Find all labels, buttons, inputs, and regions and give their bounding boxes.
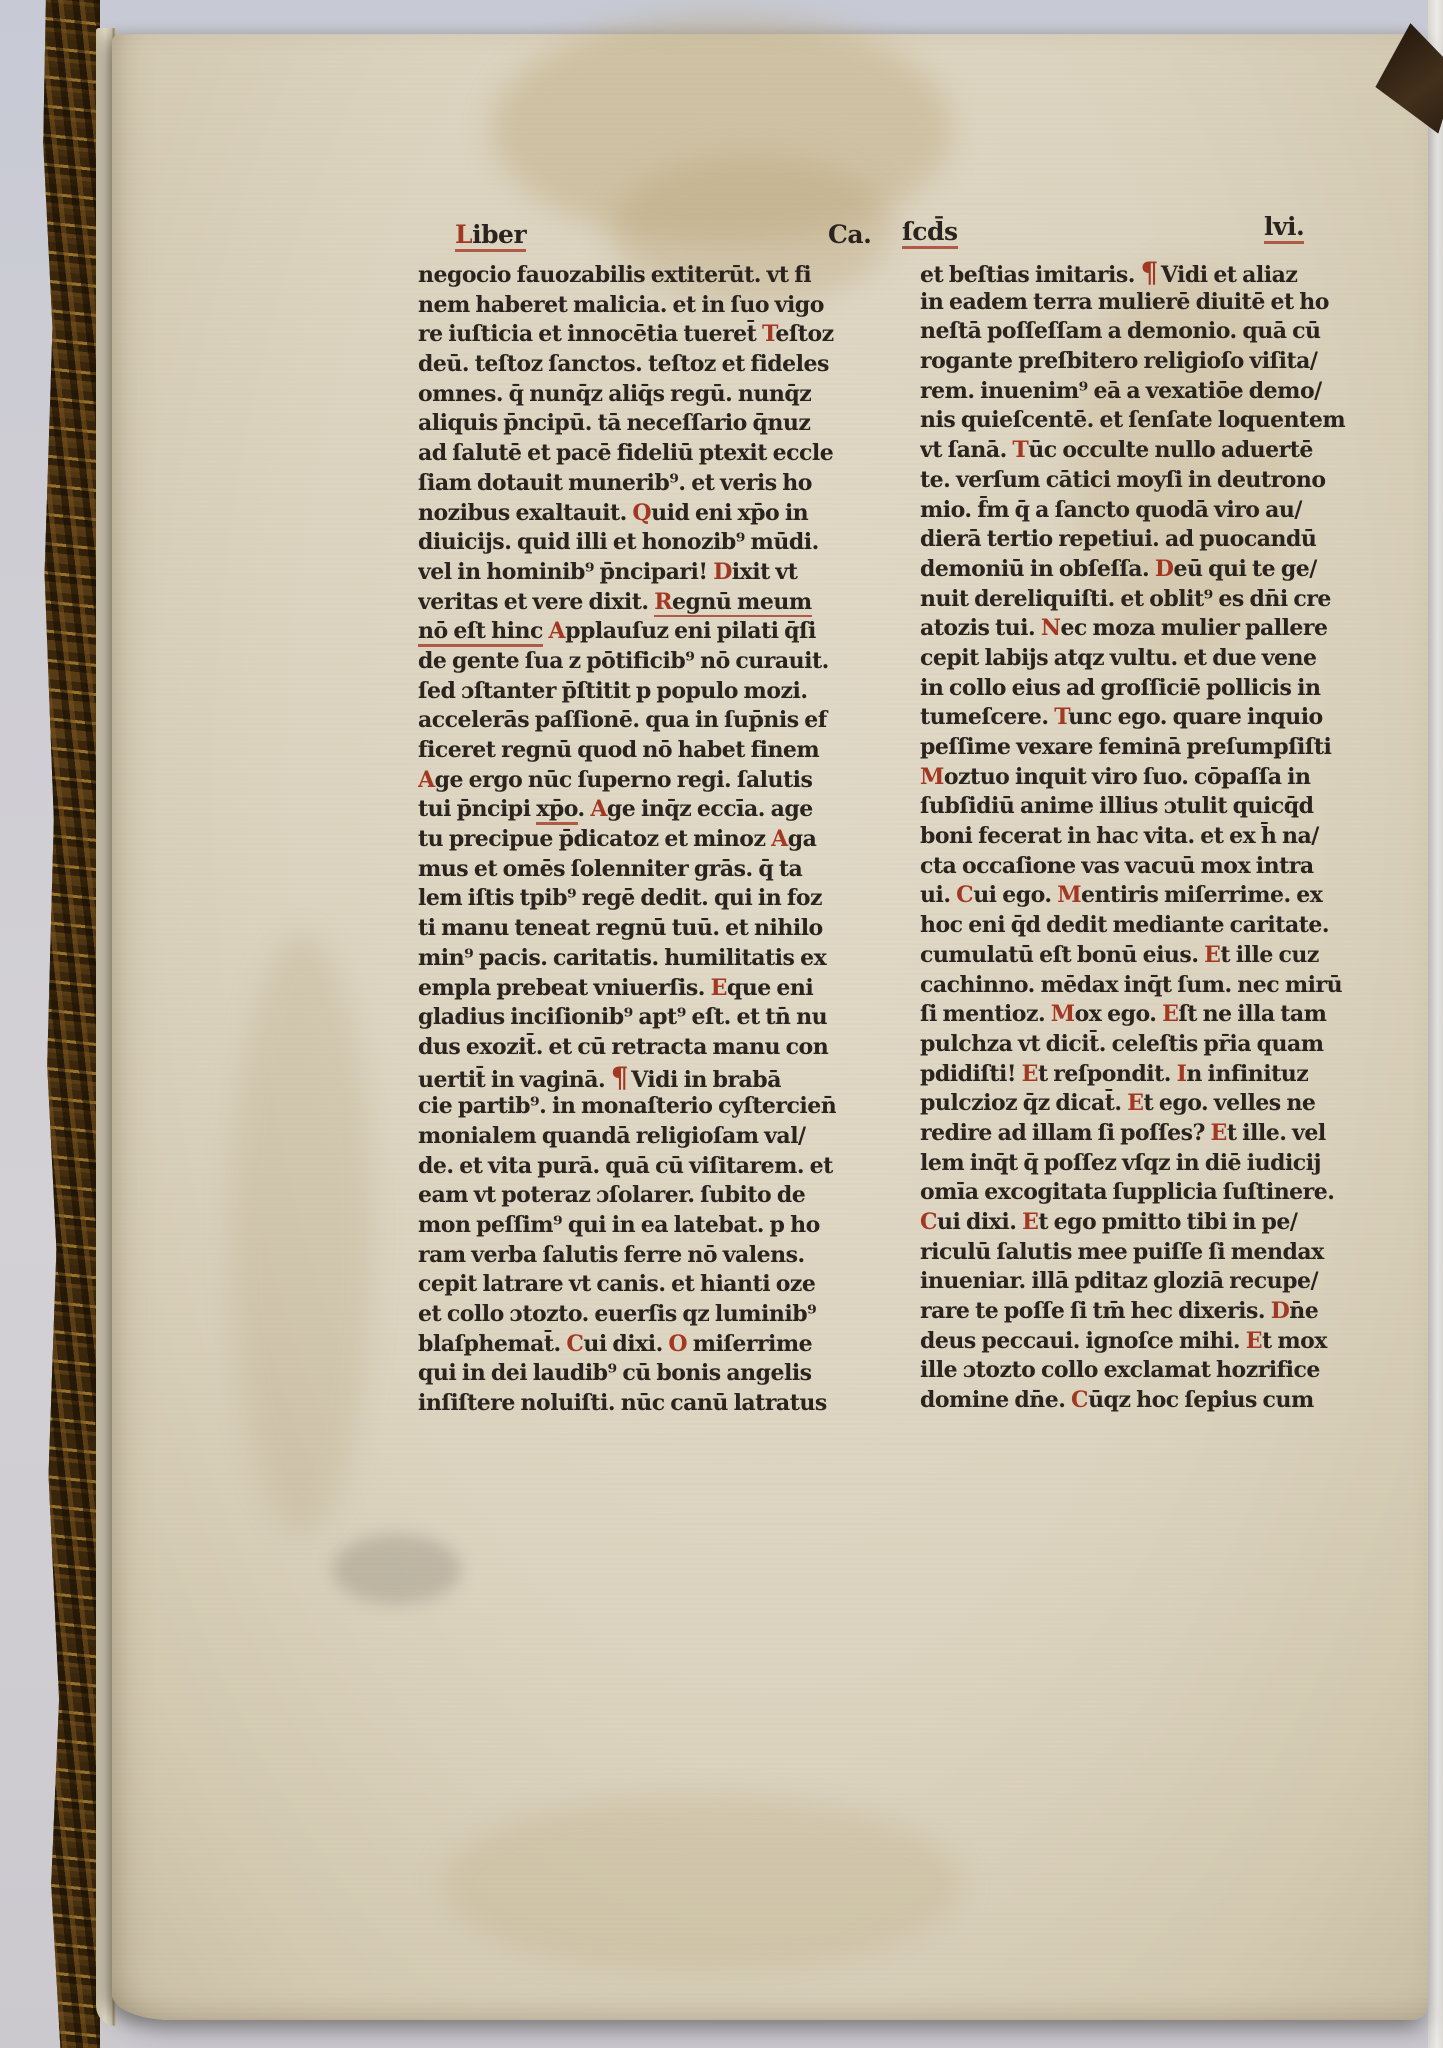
body-text: ficeret regnū quod nō habet finem	[418, 737, 819, 763]
rubricated-text: M	[920, 764, 944, 790]
body-text: lem inq̄t q̄ poſſez vſqz in diē iudicij	[920, 1150, 1321, 1176]
text-line: ſubſidiū anime illius ɔtulit quicq̄d	[920, 792, 1352, 822]
folio-number: lvi.	[1264, 212, 1304, 241]
text-line: tui p̄ncipi xp̄o. Age inq̄z eccīa. age	[418, 795, 836, 825]
body-text: re iuſticia et innocētia tueret̄	[418, 321, 762, 347]
text-line: pulczioz q̄z dicat̄. Et ego. velles ne	[920, 1089, 1352, 1119]
body-text: dierā tertio repetiui. ad puocandū	[920, 526, 1316, 552]
body-text: cta occaſione vas vacuū mox intra	[920, 853, 1314, 879]
text-line: ram verba ſalutis ferre nō valens.	[418, 1241, 836, 1271]
text-line: et beſtias imitaris. ¶Vidi et aliaz	[920, 258, 1352, 288]
body-text: miſerrime	[687, 1331, 812, 1357]
text-line: redire ad illam ſi poſſes? Et ille. vel	[920, 1119, 1352, 1149]
text-line: omnes. q̄ nunq̄z aliq̄s regū. nunq̄z	[418, 380, 836, 410]
body-text: n infinituz	[1186, 1061, 1308, 1087]
body-text: t mox	[1262, 1328, 1327, 1354]
photo-backdrop: Liber Ca. ſcd̄s lvi. negocio fauozabilis…	[0, 0, 1443, 2048]
text-line: inſiſtere noluiſti. nūc canū latratus	[418, 1389, 836, 1419]
body-text: omnes. q̄ nunq̄z aliq̄s regū. nunq̄z	[418, 381, 811, 407]
body-text: oztuo inquit viro ſuo. cōpaſſa in	[944, 764, 1311, 790]
text-line: ui. Cui ego. Mentiris miſerrime. ex	[920, 881, 1352, 911]
text-line: deū. teſtoz ſanctos. teſtoz et fideles	[418, 350, 836, 380]
rubricated-text: E	[1022, 1209, 1038, 1235]
body-text: cachinno. mēdax inq̄t ſum. nec mirū	[920, 972, 1342, 998]
text-column-left: negocio fauozabilis extiterūt. vt finem …	[418, 261, 836, 1426]
text-line: negocio fauozabilis extiterūt. vt fi	[418, 261, 836, 291]
body-text: qui in dei laudib⁹ cū bonis angelis	[418, 1360, 812, 1386]
body-text: mon peſſim⁹ qui in ea latebat. p ho	[418, 1212, 820, 1238]
body-text: tumeſcere.	[920, 704, 1054, 730]
body-text: negocio fauozabilis extiterūt. vt fi	[418, 262, 811, 288]
rubricated-text: T	[1012, 437, 1028, 463]
body-text: unc ego. quare inquio	[1068, 704, 1323, 730]
text-line: min⁹ pacis. caritatis. humilitatis ex	[418, 944, 836, 974]
rubricated-text: E	[1127, 1090, 1143, 1116]
rubricated-text: D	[1271, 1298, 1290, 1324]
body-text: pdidiſti!	[920, 1061, 1022, 1087]
body-text: aliquis p̄ncipū. tā neceſſario q̄nuz	[418, 410, 810, 436]
rubricated-text: O	[668, 1331, 687, 1357]
body-text: ui dixi.	[583, 1331, 668, 1357]
body-text: inueniar. illā pditaz gloziā recupe/	[920, 1268, 1318, 1294]
paper-stain	[232, 934, 372, 1534]
body-text: eam vt poteraz ɔſolarer. ſubito de	[418, 1182, 805, 1208]
text-line: in eadem terra mulierē diuitē et ho	[920, 288, 1352, 318]
book-page: Liber Ca. ſcd̄s lvi. negocio fauozabilis…	[112, 34, 1428, 2020]
text-line: de. et vita purā. quā cū viſitarem. et	[418, 1152, 836, 1182]
body-text: ti manu teneat regnū tuū. et nihilo	[418, 915, 823, 941]
text-line: riculū ſalutis mee puiſſe ſi mendax	[920, 1238, 1352, 1268]
body-text: pulczioz q̄z dicat̄.	[920, 1090, 1127, 1116]
rubricated-text: D	[713, 559, 732, 585]
body-text: ſiam dotauit munerib⁹. et veris ho	[418, 470, 812, 496]
text-line: cumulatū eſt bonū eius. Et ille cuz	[920, 941, 1352, 971]
body-text: riculū ſalutis mee puiſſe ſi mendax	[920, 1239, 1324, 1265]
body-text: deū. teſtoz ſanctos. teſtoz et fideles	[418, 351, 829, 377]
paper-stain	[332, 1534, 462, 1604]
body-text: uertit̄ in vaginā.	[418, 1067, 611, 1093]
rubricated-text: C	[956, 882, 973, 908]
rubricated-text: L	[455, 220, 472, 252]
running-title-secundus: ſcd̄s	[902, 217, 958, 246]
text-line: omīa excogitata ſupplicia ſuſtinere.	[920, 1178, 1352, 1208]
body-text: ſcd̄s	[902, 217, 958, 249]
body-text: ille ɔtozto collo exclamat hozrifice	[920, 1357, 1320, 1383]
marbled-board-edge	[34, 0, 100, 2048]
body-text: ui ego.	[973, 882, 1057, 908]
body-text: in eadem terra mulierē diuitē et ho	[920, 289, 1329, 315]
body-text: monialem quandā religioſam val/	[418, 1123, 806, 1149]
body-text: veritas et vere dixit.	[418, 589, 654, 615]
text-line: dus exozit̄. et cū retracta manu con	[418, 1033, 836, 1063]
body-text: ge inq̄z eccīa. age	[607, 796, 813, 822]
text-line: nem haberet malicia. et in ſuo vigo	[418, 291, 836, 321]
body-text: omīa excogitata ſupplicia ſuſtinere.	[920, 1179, 1334, 1205]
body-text: de. et vita purā. quā cū viſitarem. et	[418, 1153, 833, 1179]
body-text: nuit dereliquiſti. et oblit⁹ es dn̄i cre	[920, 586, 1331, 612]
body-text: ſubſidiū anime illius ɔtulit quicq̄d	[920, 793, 1314, 819]
body-text: ui dixi.	[937, 1209, 1022, 1235]
body-text: min⁹ pacis. caritatis. humilitatis ex	[418, 945, 826, 971]
text-line: blaſphemat̄. Cui dixi. O miſerrime	[418, 1330, 836, 1360]
text-line: domine dn̄e. Cūqz hoc ſepius cum	[920, 1386, 1352, 1416]
rubricated-text: C	[920, 1209, 937, 1235]
body-text: et collo ɔtozto. euerſis qz luminib⁹	[418, 1301, 816, 1327]
body-text: rogante preſbitero religioſo viſita/	[920, 348, 1317, 374]
body-text: dus exozit̄. et cū retracta manu con	[418, 1034, 828, 1060]
body-text: empla prebeat vniuerſis.	[418, 975, 711, 1001]
body-text: ge ergo nūc ſuperno regi. ſalutis	[435, 767, 813, 793]
text-line: lem iſtis tpib⁹ regē dedit. qui in foz	[418, 884, 836, 914]
rubricated-text: Q	[632, 500, 651, 526]
rubricated-text: D	[1155, 556, 1174, 582]
text-line: nozibus exaltauit. Quid eni xp̄o in	[418, 499, 836, 529]
text-line: pdidiſti! Et reſpondit. In infinituz	[920, 1060, 1352, 1090]
body-text: boni fecerat in hac vita. et ex h̄ na/	[920, 823, 1319, 849]
text-line: cepit labijs atqz vultu. et due vene	[920, 644, 1352, 674]
rubricated-text: C	[1071, 1387, 1088, 1413]
rubricated-text: M	[1057, 882, 1081, 908]
body-text: te. verſum cātici moyſi in deutrono	[920, 467, 1326, 493]
body-text: ga	[788, 826, 817, 852]
text-line: rem. inuenim⁹ eā a vexatiōe demo/	[920, 377, 1352, 407]
text-line: veritas et vere dixit. Regnū meum	[418, 588, 836, 618]
body-text: ixit vt	[732, 559, 798, 585]
body-text: inſiſtere noluiſti. nūc canū latratus	[418, 1390, 827, 1416]
rubricated-text: A	[418, 767, 435, 793]
body-text: demoniū in obſeſſa.	[920, 556, 1155, 582]
text-line: ille ɔtozto collo exclamat hozrifice	[920, 1356, 1352, 1386]
text-line: ficeret regnū quod nō habet finem	[418, 736, 836, 766]
text-line: peſſime vexare feminā preſumpſiſti	[920, 733, 1352, 763]
body-text: xp̄o	[536, 796, 577, 825]
rubricated-text: E	[711, 975, 727, 1001]
body-text: nozibus exaltauit.	[418, 500, 632, 526]
rubricated-text: E	[1211, 1120, 1227, 1146]
text-line: mio. f̄m q̄ a ſancto quodā viro au/	[920, 496, 1352, 526]
body-text: rare te poſſe ſi tm̄ hec dixeris.	[920, 1298, 1271, 1324]
body-text: pulchza vt dicit̄. celeſtis pr̄ia quam	[920, 1031, 1324, 1057]
body-text: ad ſalutē et pacē fideliū ptexit eccle	[418, 440, 833, 466]
body-text: ſed ɔſtanter p̄ſtitit p populo mozi.	[418, 678, 808, 704]
text-line: lem inq̄t q̄ poſſez vſqz in diē iudicij	[920, 1149, 1352, 1179]
text-line: cachinno. mēdax inq̄t ſum. nec mirū	[920, 971, 1352, 1001]
body-text: nō eſt hinc	[418, 618, 543, 647]
text-line: cepit latrare vt canis. et hianti oze	[418, 1270, 836, 1300]
text-line: hoc eni q̄d dedit mediante caritate.	[920, 911, 1352, 941]
text-line: Age ergo nūc ſuperno regi. ſalutis	[418, 766, 836, 796]
text-line: tumeſcere. Tunc ego. quare inquio	[920, 703, 1352, 733]
body-text: Vidi in brabā	[631, 1067, 781, 1093]
body-text: de gente ſua z pōtificib⁹ nō curauit.	[418, 648, 829, 674]
body-text: mus et omēs ſolenniter grās. q̄ ta	[418, 856, 802, 882]
text-line: accelerās paſſionē. qua in ſup̄nis ef	[418, 706, 836, 736]
body-text: mio. f̄m q̄ a ſancto quodā viro au/	[920, 497, 1302, 523]
rubricated-text: I	[1177, 1061, 1187, 1087]
body-text: vel in hominib⁹ p̄ncipari!	[418, 559, 713, 585]
text-line: nō eſt hinc Applauſuz eni pilati q̄ſi	[418, 617, 836, 647]
body-text: redire ad illam ſi poſſes?	[920, 1120, 1211, 1146]
body-text: neſtā poſſeſſam a demonio. quā cū	[920, 318, 1321, 344]
body-text: lvi.	[1264, 212, 1304, 244]
body-text: t ille cuz	[1220, 942, 1318, 968]
body-text: nis quieſcentē. et ſenſate loquentem	[920, 407, 1345, 433]
body-text: t reſpondit.	[1038, 1061, 1177, 1087]
text-line: nis quieſcentē. et ſenſate loquentem	[920, 406, 1352, 436]
text-line: empla prebeat vniuerſis. Eque eni	[418, 974, 836, 1004]
body-text: ox ego.	[1075, 1001, 1162, 1027]
body-text: ram verba ſalutis ferre nō valens.	[418, 1242, 805, 1268]
text-line: ſi mentioz. Mox ego. Eſt ne illa tam	[920, 1000, 1352, 1030]
text-line: ti manu teneat regnū tuū. et nihilo	[418, 914, 836, 944]
rubricated-text: T	[762, 321, 775, 347]
text-line: cta occaſione vas vacuū mox intra	[920, 852, 1352, 882]
paper-stain	[442, 1794, 962, 1974]
text-column-right: et beſtias imitaris. ¶Vidi et aliazin ea…	[920, 258, 1352, 1423]
text-line: nuit dereliquiſti. et oblit⁹ es dn̄i cre	[920, 585, 1352, 615]
body-text: ec moza mulier pallere	[1060, 615, 1327, 641]
paragraph-mark: ¶	[1141, 258, 1161, 288]
text-line: mon peſſim⁹ qui in ea latebat. p ho	[418, 1211, 836, 1241]
rubricated-text: E	[1246, 1328, 1262, 1354]
body-text: uid eni xp̄o in	[651, 500, 808, 526]
body-text: Vidi et aliaz	[1161, 262, 1297, 288]
text-line: monialem quandā religioſam val/	[418, 1122, 836, 1152]
body-text: cie partib⁹. in monaſterio cyſtercien̄.	[418, 1093, 836, 1119]
text-line: Cui dixi. Et ego pmitto tibi in pe/	[920, 1208, 1352, 1238]
text-line: diuicijs. quid illi et honozib⁹ mūdi.	[418, 528, 836, 558]
text-line: eam vt poteraz ɔſolarer. ſubito de	[418, 1181, 836, 1211]
text-line: atozis tui. Nec moza mulier pallere	[920, 614, 1352, 644]
body-text: Ca.	[828, 220, 871, 249]
text-line: rare te poſſe ſi tm̄ hec dixeris. Dn̄e	[920, 1297, 1352, 1327]
body-text: cumulatū eſt bonū eius.	[920, 942, 1204, 968]
body-text: t ego pmitto tibi in pe/	[1038, 1209, 1297, 1235]
text-line: gladius inciſionib⁹ apt⁹ eſt. et tn̄ nu	[418, 1003, 836, 1033]
body-text: n̄e	[1289, 1298, 1318, 1324]
body-text: in collo eius ad groſſiciē pollicis in	[920, 675, 1320, 701]
body-text: accelerās paſſionē. qua in ſup̄nis ef	[418, 707, 827, 733]
body-text: diuicijs. quid illi et honozib⁹ mūdi.	[418, 529, 819, 555]
text-line: vel in hominib⁹ p̄ncipari! Dixit vt	[418, 558, 836, 588]
body-text: eſtoz	[775, 321, 833, 347]
text-line: dierā tertio repetiui. ad puocandū	[920, 525, 1352, 555]
rubricated-text: E	[1022, 1061, 1038, 1087]
body-text: hoc eni q̄d dedit mediante caritate.	[920, 912, 1329, 938]
text-line: mus et omēs ſolenniter grās. q̄ ta	[418, 855, 836, 885]
body-text: t ille. vel	[1227, 1120, 1326, 1146]
body-text: que eni	[727, 975, 813, 1001]
rubricated-text: E	[1162, 1001, 1178, 1027]
rubricated-text: N	[1041, 615, 1061, 641]
rubricated-text: T	[1054, 704, 1068, 730]
body-text: et beſtias imitaris.	[920, 262, 1141, 288]
body-text: gladius inciſionib⁹ apt⁹ eſt. et tn̄ nu	[418, 1004, 827, 1030]
text-line: boni fecerat in hac vita. et ex h̄ na/	[920, 822, 1352, 852]
body-text: vt ſanā.	[920, 437, 1012, 463]
body-text: ūqz hoc ſepius cum	[1088, 1387, 1314, 1413]
text-line: ad ſalutē et pacē fideliū ptexit eccle	[418, 439, 836, 469]
body-text: domine dn̄e.	[920, 1387, 1071, 1413]
rubricated-text: M	[1051, 1001, 1075, 1027]
text-line: uertit̄ in vaginā. ¶Vidi in brabā	[418, 1063, 836, 1093]
rubricated-text: A	[771, 826, 788, 852]
body-text: blaſphemat̄.	[418, 1331, 566, 1357]
rubricated-text: E	[1204, 942, 1220, 968]
text-line: de gente ſua z pōtificib⁹ nō curauit.	[418, 647, 836, 677]
rubricated-text: A	[590, 796, 607, 822]
rubricated-text: C	[566, 1331, 583, 1357]
body-text: tu precipue p̄dicatoz et minoz	[418, 826, 771, 852]
text-line: re iuſticia et innocētia tueret̄ Teſtoz	[418, 320, 836, 350]
body-text: pplauſuz eni pilati q̄ſi	[565, 618, 816, 644]
text-line: neſtā poſſeſſam a demonio. quā cū	[920, 317, 1352, 347]
text-line: demoniū in obſeſſa. Deū qui te ge/	[920, 555, 1352, 585]
text-line: vt ſanā. Tūc occulte nullo aduertē	[920, 436, 1352, 466]
body-text: eū qui te ge/	[1173, 556, 1316, 582]
text-line: pulchza vt dicit̄. celeſtis pr̄ia quam	[920, 1030, 1352, 1060]
body-text: lem iſtis tpib⁹ regē dedit. qui in foz	[418, 885, 822, 911]
body-text: rem. inuenim⁹ eā a vexatiōe demo/	[920, 378, 1322, 404]
body-text: tui p̄ncipi	[418, 796, 536, 822]
body-text: .	[578, 796, 591, 822]
text-line: cie partib⁹. in monaſterio cyſtercien̄.	[418, 1092, 836, 1122]
fore-edge-leaf	[1428, 0, 1443, 2048]
body-text: iber	[472, 220, 526, 252]
body-text: cepit labijs atqz vultu. et due vene	[920, 645, 1317, 671]
running-title-liber: Liber	[455, 220, 526, 249]
body-text: deus peccaui. ignoſce mihi.	[920, 1328, 1246, 1354]
text-line: in collo eius ad groſſiciē pollicis in	[920, 674, 1352, 704]
text-line: aliquis p̄ncipū. tā neceſſario q̄nuz	[418, 409, 836, 439]
body-text: t ego. velles ne	[1144, 1090, 1316, 1116]
body-text: atozis tui.	[920, 615, 1041, 641]
rubricated-text: A	[549, 618, 566, 644]
body-text: ſi mentioz.	[920, 1001, 1051, 1027]
running-title-chapter: Ca.	[828, 220, 871, 249]
text-line: deus peccaui. ignoſce mihi. Et mox	[920, 1327, 1352, 1357]
text-line: rogante preſbitero religioſo viſita/	[920, 347, 1352, 377]
rubricated-text: R	[654, 589, 672, 618]
text-line: et collo ɔtozto. euerſis qz luminib⁹	[418, 1300, 836, 1330]
paragraph-mark: ¶	[611, 1063, 631, 1093]
body-text: egnū meum	[672, 589, 812, 618]
text-line: Moztuo inquit viro ſuo. cōpaſſa in	[920, 763, 1352, 793]
body-text: entiris miſerrime. ex	[1081, 882, 1322, 908]
body-text: ūc occulte nullo aduertē	[1028, 437, 1313, 463]
text-line: tu precipue p̄dicatoz et minoz Aga	[418, 825, 836, 855]
body-text: ui.	[920, 882, 956, 908]
text-line: te. verſum cātici moyſi in deutrono	[920, 466, 1352, 496]
text-line: qui in dei laudib⁹ cū bonis angelis	[418, 1359, 836, 1389]
body-text: cepit latrare vt canis. et hianti oze	[418, 1271, 815, 1297]
text-line: inueniar. illā pditaz gloziā recupe/	[920, 1267, 1352, 1297]
text-line: ſed ɔſtanter p̄ſtitit p populo mozi.	[418, 677, 836, 707]
body-text: nem haberet malicia. et in ſuo vigo	[418, 292, 824, 318]
text-line: ſiam dotauit munerib⁹. et veris ho	[418, 469, 836, 499]
body-text: ſt ne illa tam	[1178, 1001, 1326, 1027]
paper-stain	[492, 14, 952, 244]
body-text: peſſime vexare feminā preſumpſiſti	[920, 734, 1331, 760]
